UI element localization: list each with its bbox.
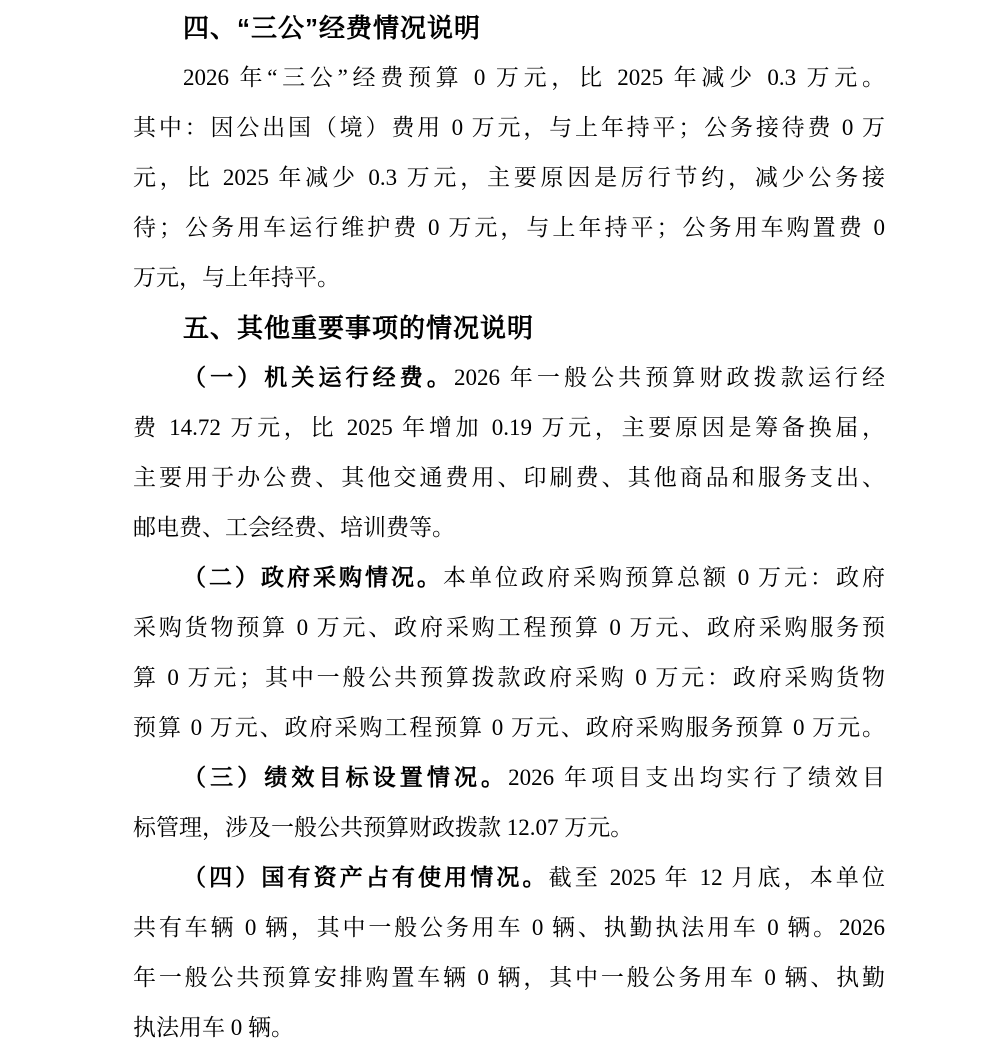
paragraph-line: 执法用车 0 辆。 (133, 1003, 885, 1053)
paragraph-line: 标管理，涉及一般公共预算财政拨款 12.07 万元。 (133, 803, 885, 853)
paragraph-line: （一）机关运行经费。2026 年一般公共预算财政拨款运行经 (133, 353, 885, 403)
section-five-heading: 五、其他重要事项的情况说明 (133, 303, 885, 353)
paragraph-line: （三）绩效目标设置情况。2026 年项目支出均实行了绩效目 (133, 753, 885, 803)
paragraph-line: 费 14.72 万元，比 2025 年增加 0.19 万元，主要原因是筹备换届， (133, 403, 885, 453)
paragraph-line: 元，比 2025 年减少 0.3 万元，主要原因是厉行节约，减少公务接 (133, 153, 885, 203)
paragraph-line: 待；公务用车运行维护费 0 万元，与上年持平；公务用车购置费 0 (133, 203, 885, 253)
paragraph-line: （二）政府采购情况。本单位政府采购预算总额 0 万元：政府 (133, 553, 885, 603)
item-three-lead: （三）绩效目标设置情况。 (183, 765, 508, 790)
paragraph-line: 其中：因公出国（境）费用 0 万元，与上年持平；公务接待费 0 万 (133, 103, 885, 153)
section-four-heading: 四、“三公”经费情况说明 (133, 3, 885, 53)
item-two-lead: （二）政府采购情况。 (183, 565, 443, 590)
paragraph-line: 年一般公共预算安排购置车辆 0 辆，其中一般公务用车 0 辆、执勤 (133, 953, 885, 1003)
paragraph-line: 万元，与上年持平。 (133, 253, 885, 303)
paragraph-line: 采购货物预算 0 万元、政府采购工程预算 0 万元、政府采购服务预 (133, 603, 885, 653)
paragraph-text: 2026 年一般公共预算财政拨款运行经 (454, 365, 885, 390)
paragraph-line: （四）国有资产占有使用情况。截至 2025 年 12 月底，本单位 (133, 853, 885, 903)
item-four-lead: （四）国有资产占有使用情况。 (183, 865, 549, 890)
paragraph-text: 2026 年项目支出均实行了绩效目 (508, 765, 885, 790)
paragraph-line: 预算 0 万元、政府采购工程预算 0 万元、政府采购服务预算 0 万元。 (133, 703, 885, 753)
paragraph-line: 共有车辆 0 辆，其中一般公务用车 0 辆、执勤执法用车 0 辆。2026 (133, 903, 885, 953)
paragraph-line: 算 0 万元；其中一般公共预算拨款政府采购 0 万元：政府采购货物 (133, 653, 885, 703)
paragraph-text: 截至 2025 年 12 月底，本单位 (549, 865, 885, 890)
item-one-lead: （一）机关运行经费。 (183, 365, 454, 390)
document-page: 四、“三公”经费情况说明 2026 年“三公”经费预算 0 万元，比 2025 … (0, 0, 1000, 1053)
paragraph-text: 本单位政府采购预算总额 0 万元：政府 (443, 565, 885, 590)
paragraph-line: 邮电费、工会经费、培训费等。 (133, 503, 885, 553)
paragraph-line: 主要用于办公费、其他交通费用、印刷费、其他商品和服务支出、 (133, 453, 885, 503)
paragraph-line: 2026 年“三公”经费预算 0 万元，比 2025 年减少 0.3 万元。 (133, 53, 885, 103)
